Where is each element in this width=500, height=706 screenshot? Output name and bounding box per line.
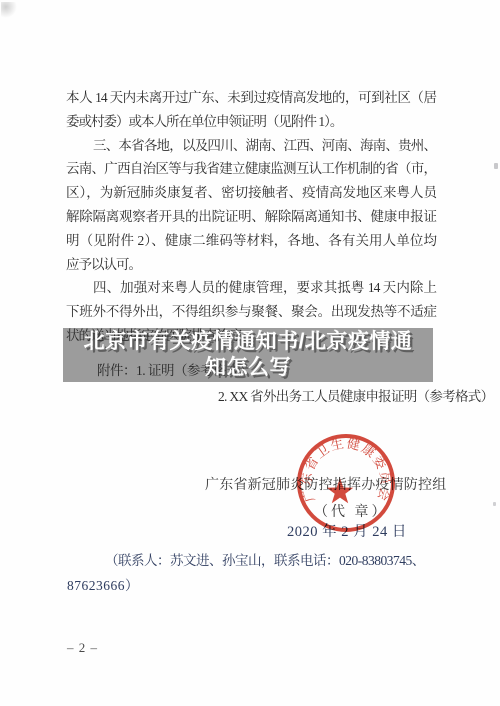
body-line: 本人 14 天内未离开过广东、未到过疫情高发地的，可到社区（居 <box>66 86 436 110</box>
body-line: 四、加强对来粤人员的健康管理，要求其抵粤 14 天内除上 <box>66 276 436 300</box>
attachment-line-2: 2. XX 省外出务工人员健康申报证明（参考格式） <box>218 385 493 405</box>
body-line: 区），为新冠肺炎康复者、密切接触者、疫情高发地区来粤人员 <box>66 181 436 205</box>
body-line: 三、本省各地，以及四川、湖南、江西、河南、海南、贵州、 <box>66 134 436 158</box>
body-line: 委或村委）或本人所在单位申领证明（见附件 1）。 <box>66 110 436 134</box>
body-line: 明（见附件 2）、健康二维码等材料，各地、各有关用人单位均 <box>66 229 436 253</box>
contact-info-line-2: 87623666） <box>67 574 139 594</box>
scan-speck <box>493 502 496 506</box>
scanned-document-page: 本人 14 天内未离开过广东、未到过疫情高发地的，可到社区（居委或村委）或本人所… <box>0 0 500 706</box>
seal-arc-text: 广东省卫生健康委员会 <box>298 436 393 504</box>
body-line: 云南、广西自治区等与我省建立健康监测互认工作机制的省（市， <box>66 157 436 181</box>
scan-smudge <box>1 2 17 18</box>
scan-speck <box>494 163 498 169</box>
body-line: 解除隔离观察者开具的出院证明、解除隔离通知书、健康申报证 <box>66 205 436 229</box>
page-number: – 2 – <box>67 640 98 656</box>
document-body-text: 本人 14 天内未离开过广东、未到过疫情高发地的，可到社区（居委或村委）或本人所… <box>66 86 436 348</box>
banner-title-line-2: 知怎么写 <box>205 355 291 381</box>
seal-star-icon <box>327 478 354 503</box>
banner-title-line-1: 北京市有关疫情通知书/北京疫情通 <box>84 329 413 355</box>
overlay-watermark-banner: 北京市有关疫情通知书/北京疫情通 知怎么写 <box>63 328 433 382</box>
body-line: 下班外不得外出，不得组织参与聚餐、聚会。出现发热等不适症 <box>66 300 436 324</box>
contact-info-line-1: （联系人：苏文进、孙宝山，联系电话：020-83803745、 <box>105 549 425 569</box>
official-red-seal: 广东省卫生健康委员会 <box>286 423 406 543</box>
body-line: 应予以认可。 <box>66 253 436 277</box>
